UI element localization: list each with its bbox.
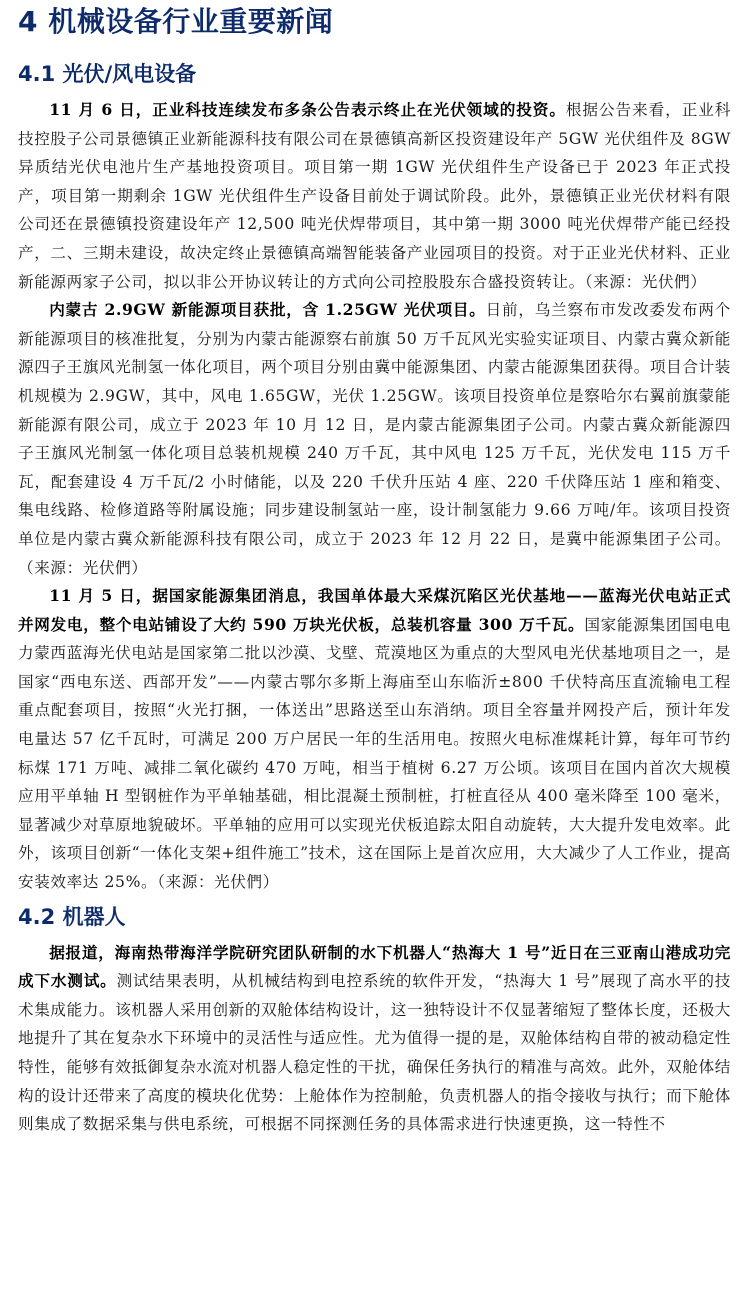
- section-robotics: 4.2 机器人 据报道，海南热带海洋学院研究团队研制的水下机器人“热海大 1 号…: [18, 903, 731, 1139]
- news-paragraph: 内蒙古 2.9GW 新能源项目获批，含 1.25GW 光伏项目。日前，乌兰察布市…: [18, 296, 731, 582]
- news-body: 测试结果表明，从机械结构到电控系统的软件开发，“热海大 1 号”展现了高水平的技…: [18, 972, 731, 1133]
- section-title: 4.2 机器人: [18, 903, 731, 931]
- news-paragraph: 11 月 6 日，正业科技连续发布多条公告表示终止在光伏领域的投资。根据公告来看…: [18, 96, 731, 296]
- chapter-title: 4 机械设备行业重要新闻: [18, 4, 731, 40]
- news-body: 国家能源集团国电电力蒙西蓝海光伏电站是国家第二批以沙漠、戈壁、荒漠地区为重点的大…: [18, 616, 731, 891]
- news-paragraph: 11 月 5 日，据国家能源集团消息，我国单体最大采煤沉陷区光伏基地——蓝海光伏…: [18, 582, 731, 897]
- section-pv-wind: 4.1 光伏/风电设备 11 月 6 日，正业科技连续发布多条公告表示终止在光伏…: [18, 60, 731, 897]
- section-title: 4.1 光伏/风电设备: [18, 60, 731, 88]
- news-headline: 11 月 6 日，正业科技连续发布多条公告表示终止在光伏领域的投资。: [49, 100, 566, 119]
- news-body: 日前，乌兰察布市发改委发布两个新能源项目的核准批复，分别为内蒙古能源察右前旗 5…: [18, 301, 731, 576]
- news-headline: 内蒙古 2.9GW 新能源项目获批，含 1.25GW 光伏项目。: [49, 300, 485, 319]
- document-page: 4 机械设备行业重要新闻 4.1 光伏/风电设备 11 月 6 日，正业科技连续…: [0, 4, 745, 1139]
- news-body: 根据公告来看，正业科技控股子公司景德镇正业新能源科技有限公司在景德镇高新区投资建…: [18, 101, 731, 291]
- news-paragraph: 据报道，海南热带海洋学院研究团队研制的水下机器人“热海大 1 号”近日在三亚南山…: [18, 939, 731, 1139]
